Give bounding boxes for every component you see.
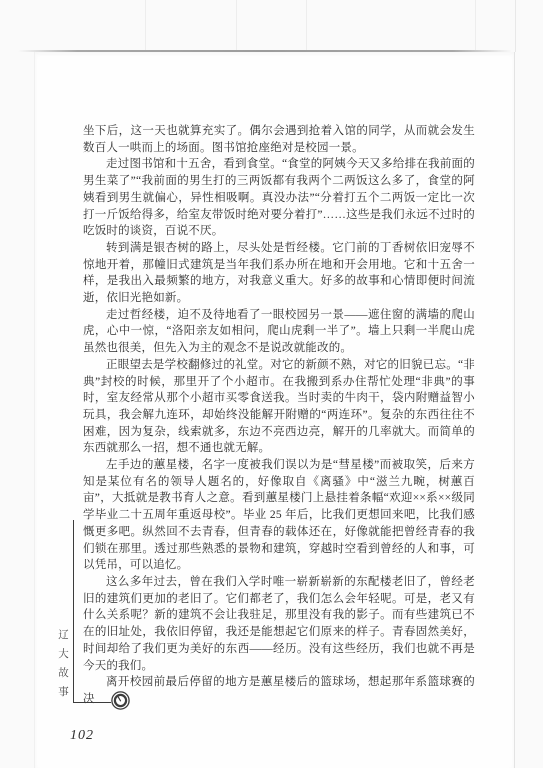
paragraph: 走过图书馆和十五舍，看到食堂。“食堂的阿姨今天又多给排在我前面的男生菜了”“我前… (83, 156, 475, 240)
page-number: 102 (70, 728, 94, 744)
scan-artifact (145, 0, 146, 50)
paragraph: 正眼望去是学校翻修过的礼堂。对它的新颜不熟，对它的旧貌已忘。“非典”封校的时候，… (83, 357, 475, 457)
scan-artifact (236, 0, 237, 50)
paragraph: 这么多年过去，曾在我们入学时唯一崭新崭新的东配楼老旧了，曾经老旧的建筑们更加的老… (83, 574, 475, 674)
paragraph: 坐下后，这一天也就算充实了。偶尔会遇到抢着入馆的同学，从而就会发生数百人一哄而上… (83, 123, 475, 156)
sidebar-rule-horizontal (73, 702, 111, 703)
scan-artifact (475, 0, 476, 50)
chapter-clock-icon (110, 690, 131, 711)
scanned-book-page: 坐下后，这一天也就算充实了。偶尔会遇到抢着入馆的同学，从而就会发生数百人一哄而上… (0, 0, 543, 768)
sidebar-rule-vertical (73, 520, 74, 703)
paragraph: 离开校园前最后停留的地方是蕙星楼后的篮球场，想起那年系篮球赛的决 (83, 674, 475, 707)
book-page: 坐下后，这一天也就算充实了。偶尔会遇到抢着入馆的同学，从而就会发生数百人一哄而上… (34, 52, 515, 768)
scan-artifact (306, 0, 307, 50)
paragraph: 走过哲经楼，迫不及待地看了一眼校园另一景——遮住窗的满墙的爬山虎，心中一惊，“洛… (83, 307, 475, 357)
scan-artifact (515, 0, 516, 52)
chapter-label: 辽大故事 (56, 629, 68, 705)
paragraph: 转到满是银杏树的路上，尽头处是哲经楼。它门前的丁香树依旧宠辱不惊地开着，那幢旧式… (83, 240, 475, 307)
body-text: 坐下后，这一天也就算充实了。偶尔会遇到抢着入馆的同学，从而就会发生数百人一哄而上… (83, 123, 475, 708)
paragraph: 左手边的蕙星楼，名字一度被我们误以为是“彗星楼”而被取笑，后来方知是某位有名的领… (83, 457, 475, 574)
